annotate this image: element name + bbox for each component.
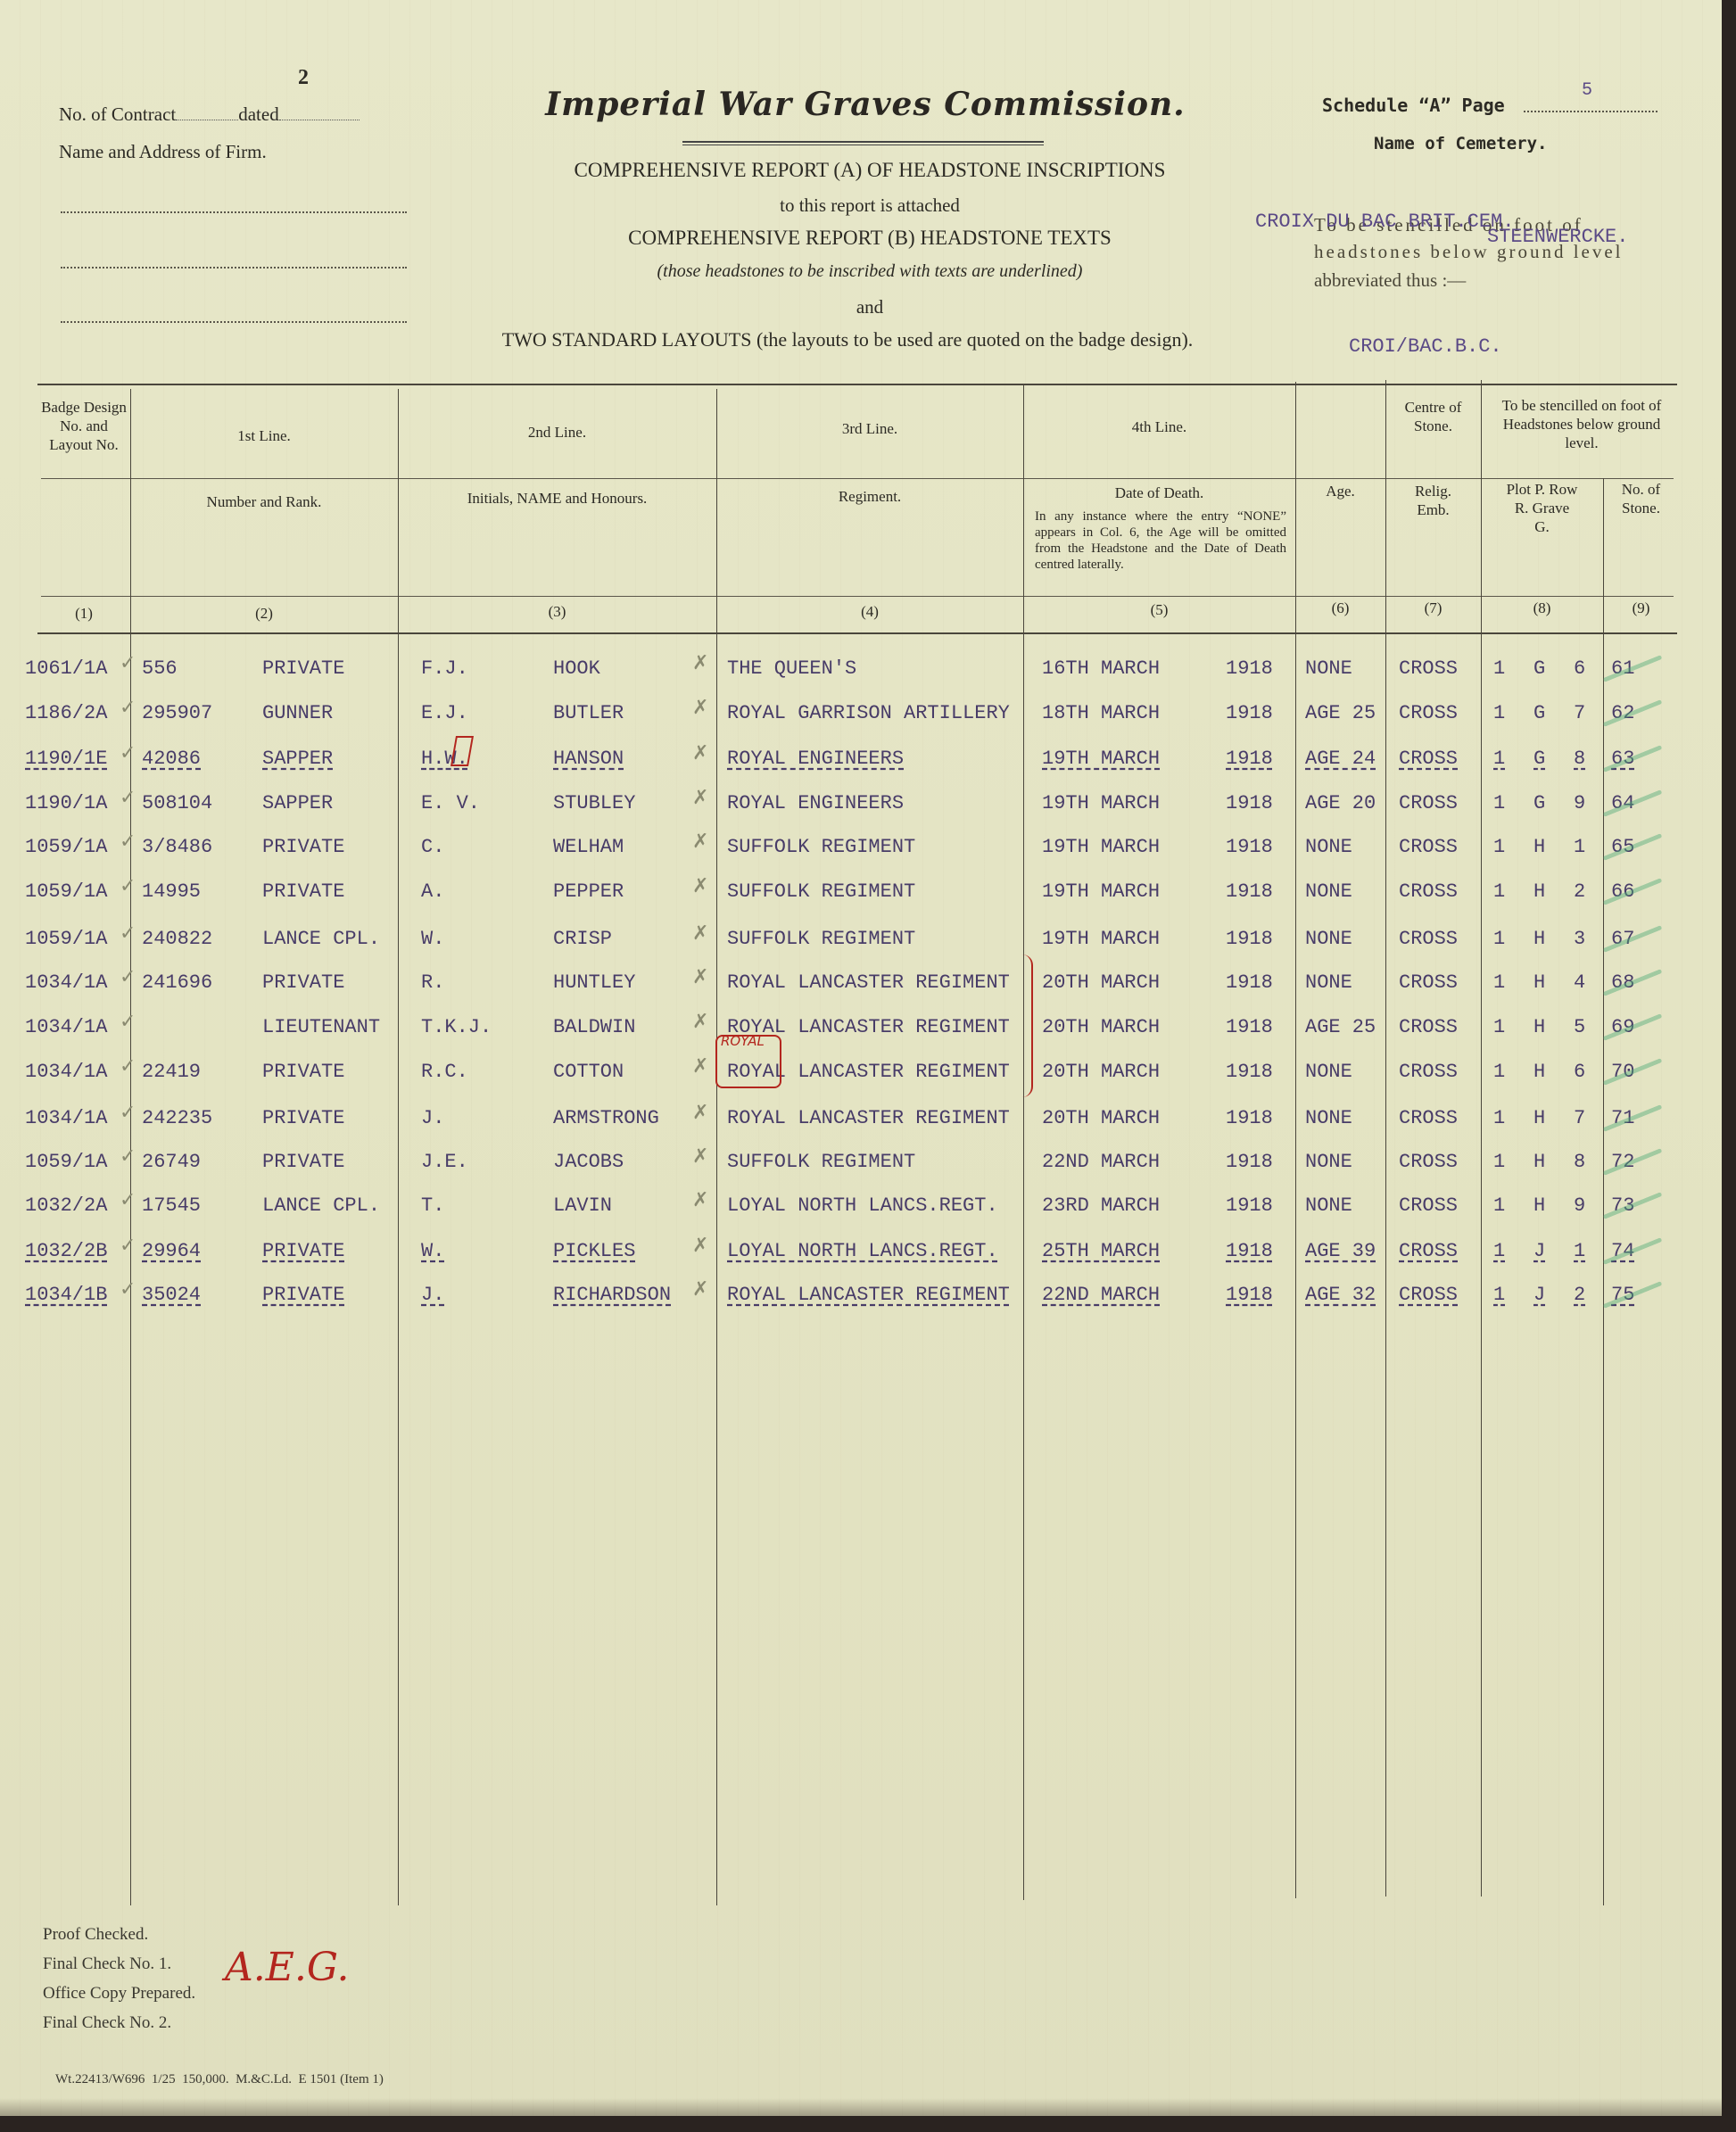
age-cell: AGE 20	[1305, 792, 1376, 814]
death-day-cell: 19TH MARCH	[1042, 928, 1160, 950]
cross-check-icon: ✗	[692, 742, 708, 764]
service-number-cell: 240822	[142, 928, 212, 950]
check-mark-icon: ✓	[120, 875, 136, 897]
grave-cell: 4	[1574, 971, 1585, 994]
page-number-line	[1524, 111, 1657, 112]
underlined-note: (those headstones to be inscribed with t…	[446, 261, 1294, 282]
service-number-cell: 17545	[142, 1194, 201, 1217]
row-cell: G	[1533, 792, 1545, 814]
col-number-4: (4)	[716, 603, 1023, 621]
age-cell: NONE	[1305, 836, 1352, 858]
grave-cell: 7	[1574, 702, 1585, 724]
cross-check-icon: ✗	[692, 830, 708, 853]
cemetery-label: Name of Cemetery.	[1374, 134, 1547, 153]
grave-cell: 1	[1574, 1240, 1585, 1262]
check-mark-icon: ✓	[120, 742, 136, 764]
death-day-cell: 19TH MARCH	[1042, 836, 1160, 858]
regiment-cell: ROYAL ENGINEERS	[727, 792, 904, 814]
grave-cell: 5	[1574, 1016, 1585, 1038]
col-number-9: (9)	[1603, 599, 1679, 617]
col-number-5: (5)	[1023, 601, 1295, 619]
col2-subheading: Number and Rank.	[130, 492, 398, 511]
death-year-cell: 1918	[1226, 792, 1273, 814]
regiment-cell: ROYAL LANCASTER REGIMENT	[727, 1284, 1010, 1306]
plot-cell: 1	[1493, 702, 1505, 724]
death-year-cell: 1918	[1226, 1240, 1273, 1262]
row-cell: G	[1533, 657, 1545, 680]
check-mark-icon: ✓	[120, 922, 136, 945]
surname-cell: CRISP	[553, 928, 612, 950]
cross-check-icon: ✗	[692, 1278, 708, 1301]
print-code: Wt.22413/W696 1/25 150,000. M.&C.Ld. E 1…	[55, 2072, 384, 2087]
row-cell: H	[1533, 1107, 1545, 1129]
initials-signature: A.E.G.	[225, 1945, 349, 1990]
initials-cell: C.	[421, 836, 444, 858]
death-year-cell: 1918	[1226, 880, 1273, 903]
initials-cell: R.C.	[421, 1061, 468, 1083]
regiment-cell: SUFFOLK REGIMENT	[727, 1151, 915, 1173]
emblem-cell: CROSS	[1399, 928, 1458, 950]
initials-cell: F.J.	[421, 657, 468, 680]
col3-heading: 2nd Line.	[398, 423, 716, 442]
rank-cell: LANCE CPL.	[262, 928, 380, 950]
service-number-cell: 508104	[142, 792, 212, 814]
emblem-cell: CROSS	[1399, 1016, 1458, 1038]
col6-subheading: Age.	[1295, 482, 1385, 500]
col-number-8: (8)	[1481, 599, 1603, 617]
cemetery-name-2[interactable]: STEENWERCKE.	[1487, 226, 1628, 248]
row-cell: H	[1533, 1151, 1545, 1173]
emblem-cell: CROSS	[1399, 1284, 1458, 1306]
service-number-cell: 14995	[142, 880, 201, 903]
check-mark-icon: ✓	[120, 652, 136, 674]
attached-text: to this report is attached	[446, 194, 1294, 217]
row-cell: H	[1533, 971, 1545, 994]
rank-cell: SAPPER	[262, 792, 333, 814]
col5-subheading: Date of Death.	[1023, 483, 1295, 502]
regiment-cell: SUFFOLK REGIMENT	[727, 880, 915, 903]
surname-cell: HUNTLEY	[553, 971, 635, 994]
org-title: Imperial War Graves Commission.	[535, 86, 1195, 123]
and-text: and	[446, 296, 1294, 318]
grave-cell: 1	[1574, 836, 1585, 858]
surname-cell: WELHAM	[553, 836, 624, 858]
surname-cell: PICKLES	[553, 1240, 635, 1262]
plot-cell: 1	[1493, 971, 1505, 994]
surname-cell: HOOK	[553, 657, 600, 680]
surname-cell: HANSON	[553, 748, 624, 770]
surname-cell: JACOBS	[553, 1151, 624, 1173]
plot-cell: 1	[1493, 748, 1505, 770]
death-year-cell: 1918	[1226, 1194, 1273, 1217]
grave-cell: 8	[1574, 1151, 1585, 1173]
rank-cell: PRIVATE	[262, 1151, 344, 1173]
initials-cell: J.	[421, 1107, 444, 1129]
cross-check-icon: ✗	[692, 875, 708, 897]
correction-text: ROYAL	[721, 1033, 765, 1049]
proof-checked-label: Proof Checked.	[43, 1925, 148, 1945]
emblem-cell: CROSS	[1399, 880, 1458, 903]
row-cell: H	[1533, 1016, 1545, 1038]
service-number-cell: 556	[142, 657, 178, 680]
death-year-cell: 1918	[1226, 836, 1273, 858]
regiment-cell: SUFFOLK REGIMENT	[727, 928, 915, 950]
schedule-label: Schedule “A” Page	[1322, 95, 1505, 116]
header-divider-1	[41, 478, 1674, 479]
col8-subheading: Plot P. Row R. Grave G.	[1481, 480, 1603, 536]
check-mark-icon: ✓	[120, 830, 136, 853]
col2-heading: 1st Line.	[130, 426, 398, 445]
cross-check-icon: ✗	[692, 1011, 708, 1033]
col7-subheading: Relig. Emb.	[1385, 482, 1481, 519]
office-copy-label: Office Copy Prepared.	[43, 1984, 195, 2004]
col1-heading: Badge Design No. and Layout No.	[39, 398, 128, 454]
stencil-note-3: abbreviated thus :—	[1314, 269, 1466, 292]
report-b-heading: COMPREHENSIVE REPORT (B) HEADSTONE TEXTS	[446, 227, 1294, 250]
age-cell: AGE 25	[1305, 1016, 1376, 1038]
check-mark-icon: ✓	[120, 1055, 136, 1078]
check-mark-icon: ✓	[120, 1011, 136, 1033]
cross-check-icon: ✗	[692, 697, 708, 719]
col5-heading: 4th Line.	[1023, 417, 1295, 436]
initials-cell: E. V.	[421, 792, 480, 814]
rank-cell: SAPPER	[262, 748, 333, 770]
badge-cell: 1059/1A	[25, 928, 107, 950]
rank-cell: PRIVATE	[262, 971, 344, 994]
service-number-cell: 242235	[142, 1107, 212, 1129]
emblem-cell: CROSS	[1399, 1151, 1458, 1173]
page-number[interactable]: 5	[1582, 80, 1592, 101]
row-cell: J	[1533, 1240, 1545, 1262]
surname-cell: LAVIN	[553, 1194, 612, 1217]
badge-cell: 1190/1A	[25, 792, 107, 814]
death-year-cell: 1918	[1226, 702, 1273, 724]
regiment-cell: LOYAL NORTH LANCS.REGT.	[727, 1194, 998, 1217]
col-number-1: (1)	[39, 605, 128, 623]
death-day-cell: 19TH MARCH	[1042, 792, 1160, 814]
cross-check-icon: ✗	[692, 1102, 708, 1124]
plot-cell: 1	[1493, 1240, 1505, 1262]
cross-check-icon: ✗	[692, 1235, 708, 1257]
initials-cell: W.	[421, 1240, 444, 1262]
initials-cell: R.	[421, 971, 444, 994]
plot-cell: 1	[1493, 1194, 1505, 1217]
regiment-cell: ROYAL LANCASTER REGIMENT	[727, 1107, 1010, 1129]
dated-label: dated	[238, 103, 278, 125]
col4-subheading: Regiment.	[716, 487, 1023, 506]
death-year-cell: 1918	[1226, 748, 1273, 770]
death-day-cell: 20TH MARCH	[1042, 1016, 1160, 1038]
row-cell: H	[1533, 1194, 1545, 1217]
cross-check-icon: ✗	[692, 1145, 708, 1168]
col-number-6: (6)	[1295, 599, 1385, 617]
death-day-cell: 22ND MARCH	[1042, 1151, 1160, 1173]
death-year-cell: 1918	[1226, 1061, 1273, 1083]
death-year-cell: 1918	[1226, 1151, 1273, 1173]
check-mark-icon: ✓	[120, 1235, 136, 1257]
emblem-cell: CROSS	[1399, 1240, 1458, 1262]
cemetery-name[interactable]: CROIX DU BAC BRIT.CEM.	[1255, 211, 1514, 233]
col7-heading: Centre of Stone.	[1385, 398, 1481, 435]
row-cell: H	[1533, 880, 1545, 903]
cross-check-icon: ✗	[692, 966, 708, 988]
emblem-cell: CROSS	[1399, 836, 1458, 858]
initials-cell: A.	[421, 880, 444, 903]
cross-check-icon: ✗	[692, 787, 708, 809]
col5-note: In any instance where the entry “NONE” a…	[1035, 508, 1286, 573]
layouts-heading: TWO STANDARD LAYOUTS (the layouts to be …	[393, 328, 1302, 351]
plot-cell: 1	[1493, 792, 1505, 814]
initials-cell: J.	[421, 1284, 444, 1306]
col4-heading: 3rd Line.	[716, 419, 1023, 438]
grave-cell: 7	[1574, 1107, 1585, 1129]
final-check-2-label: Final Check No. 2.	[43, 2013, 171, 2033]
service-number-cell: 3/8486	[142, 836, 212, 858]
surname-cell: RICHARDSON	[553, 1284, 671, 1306]
regiment-cell: THE QUEEN'S	[727, 657, 856, 680]
death-day-cell: 19TH MARCH	[1042, 880, 1160, 903]
rank-cell: PRIVATE	[262, 880, 344, 903]
badge-cell: 1059/1A	[25, 880, 107, 903]
regiment-cell: ROYAL ENGINEERS	[727, 748, 904, 770]
service-number-cell: 35024	[142, 1284, 201, 1306]
name-tick-box	[451, 736, 474, 766]
firm-address-line-3[interactable]	[61, 321, 407, 323]
report-a-heading: COMPREHENSIVE REPORT (A) OF HEADSTONE IN…	[446, 159, 1294, 182]
cross-check-icon: ✗	[692, 1055, 708, 1078]
row-cell: J	[1533, 1284, 1545, 1306]
death-day-cell: 23RD MARCH	[1042, 1194, 1160, 1217]
service-number-cell: 29964	[142, 1240, 201, 1262]
contract-label: No. of Contractdated	[59, 103, 360, 126]
row-cell: G	[1533, 748, 1545, 770]
check-mark-icon: ✓	[120, 787, 136, 809]
death-day-cell: 20TH MARCH	[1042, 1061, 1160, 1083]
surname-cell: BUTLER	[553, 702, 624, 724]
plot-cell: 1	[1493, 836, 1505, 858]
plot-cell: 1	[1493, 657, 1505, 680]
badge-cell: 1059/1A	[25, 836, 107, 858]
death-year-cell: 1918	[1226, 1107, 1273, 1129]
death-day-cell: 20TH MARCH	[1042, 971, 1160, 994]
badge-cell: 1034/1A	[25, 1107, 107, 1129]
age-cell: NONE	[1305, 971, 1352, 994]
row-cell: H	[1533, 928, 1545, 950]
margin-mark: 2	[298, 66, 309, 90]
row-cell: G	[1533, 702, 1545, 724]
service-number-cell: 22419	[142, 1061, 201, 1083]
firm-address-line-1[interactable]	[61, 211, 407, 213]
badge-cell: 1034/1A	[25, 1016, 107, 1038]
check-mark-icon: ✓	[120, 1145, 136, 1168]
regiment-cell: ROYAL GARRISON ARTILLERY	[727, 702, 1010, 724]
plot-cell: 1	[1493, 1016, 1505, 1038]
age-cell: AGE 24	[1305, 748, 1376, 770]
rank-cell: GUNNER	[262, 702, 333, 724]
table-top-rule	[37, 384, 1677, 385]
grave-cell: 3	[1574, 928, 1585, 950]
grave-cell: 9	[1574, 792, 1585, 814]
age-cell: NONE	[1305, 1107, 1352, 1129]
death-year-cell: 1918	[1226, 657, 1273, 680]
death-day-cell: 18TH MARCH	[1042, 702, 1160, 724]
col3-subheading: Initials, NAME and Honours.	[398, 489, 716, 508]
check-mark-icon: ✓	[120, 966, 136, 988]
bracket-mark	[1017, 954, 1033, 1097]
contract-number-label: No. of Contract	[59, 103, 176, 125]
col-number-3: (3)	[398, 603, 716, 621]
cross-check-icon: ✗	[692, 652, 708, 674]
badge-cell: 1034/1A	[25, 1061, 107, 1083]
check-mark-icon: ✓	[120, 1102, 136, 1124]
badge-cell: 1032/2B	[25, 1240, 107, 1262]
death-year-cell: 1918	[1226, 1284, 1273, 1306]
age-cell: AGE 25	[1305, 702, 1376, 724]
emblem-cell: CROSS	[1399, 792, 1458, 814]
row-cell: H	[1533, 1061, 1545, 1083]
age-cell: NONE	[1305, 1151, 1352, 1173]
service-number-cell: 241696	[142, 971, 212, 994]
death-year-cell: 1918	[1226, 928, 1273, 950]
check-mark-icon: ✓	[120, 1278, 136, 1301]
death-day-cell: 20TH MARCH	[1042, 1107, 1160, 1129]
service-number-cell: 26749	[142, 1151, 201, 1173]
emblem-cell: CROSS	[1399, 702, 1458, 724]
plot-cell: 1	[1493, 1151, 1505, 1173]
service-number-cell: 295907	[142, 702, 212, 724]
badge-cell: 1032/2A	[25, 1194, 107, 1217]
rank-cell: PRIVATE	[262, 657, 344, 680]
initials-cell: T.K.J.	[421, 1016, 492, 1038]
cemetery-abbreviation[interactable]: CROI/BAC.B.C.	[1349, 335, 1502, 358]
surname-cell: ARMSTRONG	[553, 1107, 659, 1129]
surname-cell: COTTON	[553, 1061, 624, 1083]
rank-cell: PRIVATE	[262, 1240, 344, 1262]
rank-cell: LANCE CPL.	[262, 1194, 380, 1217]
age-cell: NONE	[1305, 1061, 1352, 1083]
age-cell: AGE 39	[1305, 1240, 1376, 1262]
initials-cell: W.	[421, 928, 444, 950]
cross-check-icon: ✗	[692, 922, 708, 945]
emblem-cell: CROSS	[1399, 1061, 1458, 1083]
emblem-cell: CROSS	[1399, 971, 1458, 994]
rank-cell: PRIVATE	[262, 1107, 344, 1129]
rank-cell: PRIVATE	[262, 1284, 344, 1306]
regiment-cell: LOYAL NORTH LANCS.REGT.	[727, 1240, 998, 1262]
age-cell: NONE	[1305, 657, 1352, 680]
page-edge	[0, 2098, 1722, 2116]
emblem-cell: CROSS	[1399, 748, 1458, 770]
emblem-cell: CROSS	[1399, 1107, 1458, 1129]
initials-cell: J.E.	[421, 1151, 468, 1173]
death-day-cell: 22ND MARCH	[1042, 1284, 1160, 1306]
col-number-2: (2)	[130, 605, 398, 623]
age-cell: AGE 32	[1305, 1284, 1376, 1306]
rank-cell: PRIVATE	[262, 1061, 344, 1083]
col-number-7: (7)	[1385, 599, 1481, 617]
age-cell: NONE	[1305, 880, 1352, 903]
surname-cell: BALDWIN	[553, 1016, 635, 1038]
age-cell: NONE	[1305, 928, 1352, 950]
rank-cell: LIEUTENANT	[262, 1016, 380, 1038]
badge-cell: 1061/1A	[25, 657, 107, 680]
row-cell: H	[1533, 836, 1545, 858]
surname-cell: PEPPER	[553, 880, 624, 903]
death-year-cell: 1918	[1226, 1016, 1273, 1038]
firm-address-line-2[interactable]	[61, 267, 407, 269]
emblem-cell: CROSS	[1399, 657, 1458, 680]
emblem-cell: CROSS	[1399, 1194, 1458, 1217]
grave-cell: 6	[1574, 1061, 1585, 1083]
plot-cell: 1	[1493, 1284, 1505, 1306]
death-day-cell: 25TH MARCH	[1042, 1240, 1160, 1262]
cross-check-icon: ✗	[692, 1189, 708, 1211]
badge-cell: 1186/2A	[25, 702, 107, 724]
regiment-cell: SUFFOLK REGIMENT	[727, 836, 915, 858]
grave-cell: 8	[1574, 748, 1585, 770]
badge-cell: 1034/1B	[25, 1284, 107, 1306]
header-divider-2	[41, 596, 1674, 597]
grave-cell: 2	[1574, 1284, 1585, 1306]
col9-subheading: No. of Stone.	[1603, 480, 1679, 517]
initials-cell: E.J.	[421, 702, 468, 724]
check-mark-icon: ✓	[120, 697, 136, 719]
grave-cell: 2	[1574, 880, 1585, 903]
badge-cell: 1059/1A	[25, 1151, 107, 1173]
final-check-1-label: Final Check No. 1.	[43, 1954, 171, 1974]
service-number-cell: 42086	[142, 748, 201, 770]
rank-cell: PRIVATE	[262, 836, 344, 858]
plot-cell: 1	[1493, 880, 1505, 903]
header-bottom-rule	[37, 632, 1677, 634]
grave-cell: 6	[1574, 657, 1585, 680]
grave-cell: 9	[1574, 1194, 1585, 1217]
badge-cell: 1190/1E	[25, 748, 107, 770]
document-page: 2 No. of Contractdated Name and Address …	[0, 0, 1722, 2116]
title-rule	[682, 141, 1044, 145]
plot-cell: 1	[1493, 928, 1505, 950]
death-day-cell: 16TH MARCH	[1042, 657, 1160, 680]
death-day-cell: 19TH MARCH	[1042, 748, 1160, 770]
death-year-cell: 1918	[1226, 971, 1273, 994]
badge-cell: 1034/1A	[25, 971, 107, 994]
plot-cell: 1	[1493, 1061, 1505, 1083]
col-divider-8	[1603, 478, 1604, 1905]
col8-9-heading: To be stencilled on foot of Headstones b…	[1484, 396, 1679, 452]
age-cell: NONE	[1305, 1194, 1352, 1217]
plot-cell: 1	[1493, 1107, 1505, 1129]
surname-cell: STUBLEY	[553, 792, 635, 814]
initials-cell: T.	[421, 1194, 444, 1217]
check-mark-icon: ✓	[120, 1189, 136, 1211]
firm-label: Name and Address of Firm.	[59, 141, 267, 163]
regiment-cell: ROYAL LANCASTER REGIMENT	[727, 971, 1010, 994]
